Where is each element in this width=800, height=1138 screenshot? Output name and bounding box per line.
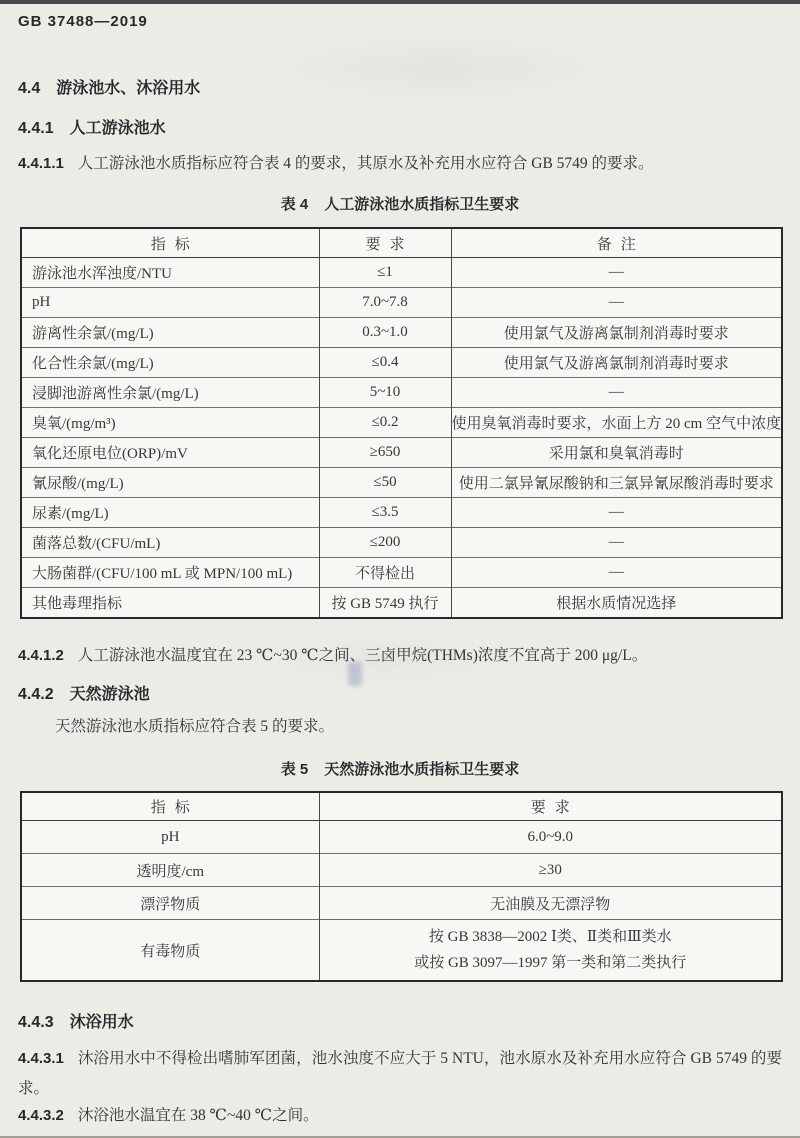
note-cell: 使用二氯异氰尿酸钠和三氯异氰尿酸消毒时要求: [451, 468, 782, 498]
requirement-cell: 5~10: [319, 378, 451, 408]
requirement-cell: ≤50: [319, 468, 451, 498]
table-row: 其他毒理指标 按 GB 5749 执行 根据水质情况选择: [21, 588, 782, 619]
requirement-cell: 6.0~9.0: [319, 821, 782, 854]
requirement-cell: 不得检出: [319, 558, 451, 588]
clause-4-4-1-1: 4.4.1.1人工游泳池水质指标应符合表 4 的要求，其原水及补充用水应符合 G…: [18, 149, 782, 179]
clause-title: 沐浴用水: [70, 1014, 134, 1031]
table5-natural-pool-requirements: 指标 要求 pH 6.0~9.0 透明度/cm ≥30 漂浮物质 无油膜及无漂浮…: [20, 791, 783, 982]
indicator-cell: 氰尿酸/(mg/L): [21, 468, 319, 498]
requirement-cell: ≤0.4: [319, 348, 451, 378]
table-row: 氰尿酸/(mg/L) ≤50 使用二氯异氰尿酸钠和三氯异氰尿酸消毒时要求: [21, 468, 782, 498]
requirement-cell: 按 GB 3838—2002 Ⅰ类、Ⅱ类和Ⅲ类水 或按 GB 3097—1997…: [319, 920, 782, 982]
scan-smudge-artifact: [348, 662, 362, 686]
clause-number: 4.4.1.1: [18, 155, 64, 172]
clause-text: 人工游泳池水质指标应符合表 4 的要求，其原水及补充用水应符合 GB 5749 …: [78, 155, 654, 172]
table-row: 漂浮物质 无油膜及无漂浮物: [21, 887, 782, 920]
clause-title: 天然游泳池: [70, 686, 150, 703]
clause-4-4-3-1: 4.4.3.1沐浴用水中不得检出嗜肺军团菌，池水浊度不应大于 5 NTU，池水原…: [18, 1044, 782, 1104]
document-page: GB 37488—2019 4.4游泳池水、沐浴用水 4.4.1人工游泳池水 4…: [0, 0, 800, 1138]
note-cell: —: [451, 528, 782, 558]
clause-4-4-2-intro: 天然游泳池水质指标应符合表 5 的要求。: [55, 714, 334, 736]
standard-number: GB 37488—2019: [18, 13, 148, 30]
indicator-cell: 氧化还原电位(ORP)/mV: [21, 438, 319, 468]
table-row: 化合性余氯/(mg/L) ≤0.4 使用氯气及游离氯制剂消毒时要求: [21, 348, 782, 378]
clause-number: 4.4.3: [18, 1014, 54, 1031]
requirement-cell: 7.0~7.8: [319, 288, 451, 318]
clause-text: 沐浴池水温宜在 38 ℃~40 ℃之间。: [78, 1107, 319, 1124]
table-header-row: 指标 要求 备注: [21, 228, 782, 258]
note-cell: —: [451, 558, 782, 588]
table4-pool-water-requirements: 指标 要求 备注 游泳池水浑浊度/NTU ≤1 — pH 7.0~7.8 — 游…: [20, 227, 783, 619]
requirement-cell: 无油膜及无漂浮物: [319, 887, 782, 920]
table-row: pH 7.0~7.8 —: [21, 288, 782, 318]
requirement-cell: ≤200: [319, 528, 451, 558]
requirement-line-2: 或按 GB 3097—1997 第一类和第二类执行: [320, 950, 782, 976]
note-cell: 使用氯气及游离氯制剂消毒时要求: [451, 348, 782, 378]
requirement-cell: 0.3~1.0: [319, 318, 451, 348]
requirement-cell: ≤3.5: [319, 498, 451, 528]
header-requirement: 要求: [319, 228, 451, 258]
requirement-cell: ≤0.2: [319, 408, 451, 438]
header-note: 备注: [451, 228, 782, 258]
indicator-cell: 尿素/(mg/L): [21, 498, 319, 528]
header-indicator: 指标: [21, 228, 319, 258]
note-cell: —: [451, 258, 782, 288]
indicator-cell: pH: [21, 821, 319, 854]
clause-number: 4.4.1.2: [18, 647, 64, 664]
section-heading-4-4: 4.4游泳池水、沐浴用水: [18, 75, 200, 98]
table-row: 氧化还原电位(ORP)/mV ≥650 采用氯和臭氧消毒时: [21, 438, 782, 468]
clause-title: 人工游泳池水: [70, 120, 166, 137]
table-caption-label: 表 4: [281, 196, 309, 213]
note-cell: —: [451, 378, 782, 408]
indicator-cell: 漂浮物质: [21, 887, 319, 920]
clause-number: 4.4.3.2: [18, 1107, 64, 1124]
table-row: 浸脚池游离性余氯/(mg/L) 5~10 —: [21, 378, 782, 408]
table-row: 游泳池水浑浊度/NTU ≤1 —: [21, 258, 782, 288]
requirement-line-1: 按 GB 3838—2002 Ⅰ类、Ⅱ类和Ⅲ类水: [320, 924, 782, 950]
indicator-cell: 游离性余氯/(mg/L): [21, 318, 319, 348]
header-indicator: 指标: [21, 792, 319, 821]
indicator-cell: pH: [21, 288, 319, 318]
scan-edge-top: [0, 0, 800, 4]
indicator-cell: 其他毒理指标: [21, 588, 319, 619]
clause-4-4-1-2: 4.4.1.2人工游泳池水温度宜在 23 ℃~30 ℃之间、三卤甲烷(THMs)…: [18, 641, 782, 671]
requirement-cell: ≥650: [319, 438, 451, 468]
section-heading-4-4-3: 4.4.3沐浴用水: [18, 1009, 134, 1032]
section-heading-4-4-1: 4.4.1人工游泳池水: [18, 115, 166, 138]
indicator-cell: 有毒物质: [21, 920, 319, 982]
indicator-cell: 透明度/cm: [21, 854, 319, 887]
section-heading-4-4-2: 4.4.2天然游泳池: [18, 681, 150, 704]
indicator-cell: 菌落总数/(CFU/mL): [21, 528, 319, 558]
indicator-cell: 化合性余氯/(mg/L): [21, 348, 319, 378]
table-header-row: 指标 要求: [21, 792, 782, 821]
header-requirement: 要求: [319, 792, 782, 821]
indicator-cell: 臭氧/(mg/m³): [21, 408, 319, 438]
table-row: pH 6.0~9.0: [21, 821, 782, 854]
table-caption-title: 人工游泳池水质指标卫生要求: [324, 196, 519, 213]
indicator-cell: 浸脚池游离性余氯/(mg/L): [21, 378, 319, 408]
table-row: 菌落总数/(CFU/mL) ≤200 —: [21, 528, 782, 558]
requirement-cell: 按 GB 5749 执行: [319, 588, 451, 619]
table-caption-title: 天然游泳池水质指标卫生要求: [324, 761, 519, 778]
requirement-cell: ≤1: [319, 258, 451, 288]
note-cell: —: [451, 498, 782, 528]
table-caption-label: 表 5: [281, 761, 309, 778]
table4-caption: 表 4人工游泳池水质指标卫生要求: [0, 193, 800, 214]
table-row: 尿素/(mg/L) ≤3.5 —: [21, 498, 782, 528]
table5-caption: 表 5天然游泳池水质指标卫生要求: [0, 758, 800, 779]
clause-text: 沐浴用水中不得检出嗜肺军团菌，池水浊度不应大于 5 NTU，池水原水及补充用水应…: [18, 1050, 782, 1097]
requirement-cell: ≥30: [319, 854, 782, 887]
note-cell: —: [451, 288, 782, 318]
note-cell: 根据水质情况选择: [451, 588, 782, 619]
table-row: 透明度/cm ≥30: [21, 854, 782, 887]
note-cell: 使用氯气及游离氯制剂消毒时要求: [451, 318, 782, 348]
clause-number: 4.4.3.1: [18, 1050, 64, 1067]
clause-number: 4.4.2: [18, 686, 54, 703]
note-cell: 采用氯和臭氧消毒时: [451, 438, 782, 468]
table-row: 有毒物质 按 GB 3838—2002 Ⅰ类、Ⅱ类和Ⅲ类水 或按 GB 3097…: [21, 920, 782, 982]
note-cell: 使用臭氧消毒时要求，水面上方 20 cm 空气中浓度: [451, 408, 782, 438]
indicator-cell: 游泳池水浑浊度/NTU: [21, 258, 319, 288]
clause-number: 4.4.1: [18, 120, 54, 137]
indicator-cell: 大肠菌群/(CFU/100 mL 或 MPN/100 mL): [21, 558, 319, 588]
table-row: 游离性余氯/(mg/L) 0.3~1.0 使用氯气及游离氯制剂消毒时要求: [21, 318, 782, 348]
clause-title: 游泳池水、沐浴用水: [56, 80, 200, 97]
clause-4-4-3-2: 4.4.3.2沐浴池水温宜在 38 ℃~40 ℃之间。: [18, 1101, 782, 1131]
table-row: 臭氧/(mg/m³) ≤0.2 使用臭氧消毒时要求，水面上方 20 cm 空气中…: [21, 408, 782, 438]
clause-number: 4.4: [18, 80, 40, 97]
table-row: 大肠菌群/(CFU/100 mL 或 MPN/100 mL) 不得检出 —: [21, 558, 782, 588]
clause-text: 人工游泳池水温度宜在 23 ℃~30 ℃之间、三卤甲烷(THMs)浓度不宜高于 …: [78, 647, 647, 664]
